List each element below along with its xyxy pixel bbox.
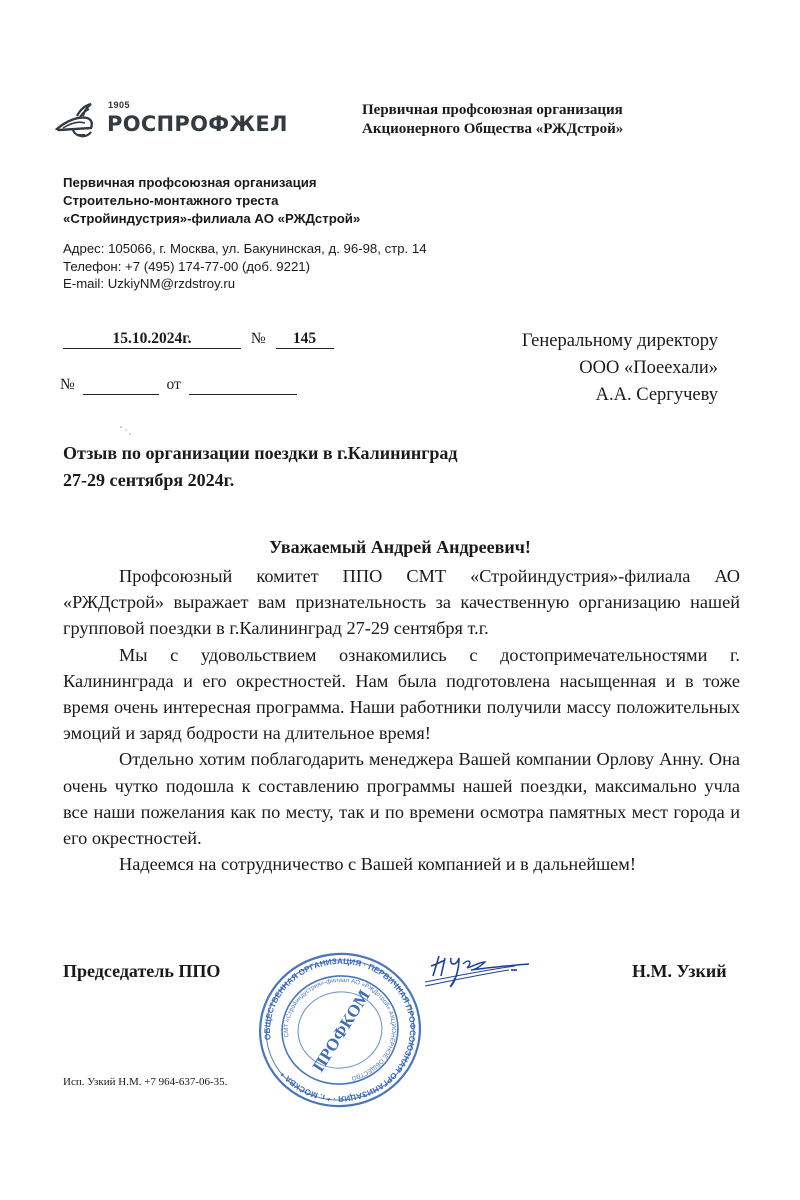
railway-union-emblem-icon	[55, 102, 103, 144]
sender-email: E-mail: UzkiyNM@rzdstroy.ru	[63, 275, 427, 293]
ref-number-label: №	[60, 376, 75, 393]
body-paragraph: Мы с удовольствием ознакомились с достоп…	[63, 642, 740, 747]
signatory-name: Н.М. Узкий	[632, 961, 727, 982]
letter-subject: Отзыв по организации поездки в г.Калинин…	[63, 440, 458, 494]
ref-number-blank	[83, 376, 159, 395]
letter-body: Профсоюзный комитет ППО СМТ «Стройиндуст…	[63, 563, 740, 877]
sender-organization: Первичная профсоюзная организация Строит…	[63, 174, 360, 228]
sender-phone: Телефон: +7 (495) 174-77-00 (доб. 9221)	[63, 258, 427, 276]
header-organization: Первичная профсоюзная организация Акцион…	[362, 101, 623, 139]
subject-line: Отзыв по организации поездки в г.Калинин…	[63, 440, 458, 467]
number-label: №	[251, 330, 266, 347]
official-stamp-icon: ОБЩЕСТВЕННАЯ ОРГАНИЗАЦИЯ · ПЕРВИЧНАЯ ПРО…	[255, 945, 425, 1115]
sender-contacts: Адрес: 105066, г. Москва, ул. Бакунинска…	[63, 240, 427, 293]
handwritten-signature-icon	[425, 948, 535, 996]
body-paragraph: Отдельно хотим поблагодарить менеджера В…	[63, 746, 740, 851]
stamp-center-text: ПРОФКОМ	[309, 986, 374, 1075]
sender-address: Адрес: 105066, г. Москва, ул. Бакунинска…	[63, 240, 427, 258]
letter-date: 15.10.2024г.	[63, 330, 241, 349]
logo-year: 1905	[108, 100, 130, 110]
letter-number: 145	[276, 330, 334, 349]
reference-line: № от	[60, 376, 297, 395]
sender-line: Первичная профсоюзная организация	[63, 174, 360, 192]
header-org-line: Акционерного Общества «РЖДстрой»	[362, 120, 623, 139]
executor-info: Исп. Узкий Н.М. +7 964-637-06-35.	[63, 1076, 227, 1088]
greeting: Уважаемый Андрей Андреевич!	[0, 537, 800, 558]
registration-line: 15.10.2024г. № 145	[63, 330, 334, 349]
logo-name: РОСПРОФЖЕЛ	[107, 112, 288, 136]
header-org-line: Первичная профсоюзная организация	[362, 101, 623, 120]
ref-date-blank	[189, 376, 297, 395]
rosprofzhel-logo: 1905 РОСПРОФЖЕЛ	[55, 100, 285, 144]
body-paragraph: Профсоюзный комитет ППО СМТ «Стройиндуст…	[63, 563, 740, 642]
addressee: Генеральному директору ООО «Поеехали» А.…	[522, 328, 718, 409]
ref-from-label: от	[167, 376, 181, 393]
addressee-company: ООО «Поеехали»	[522, 355, 718, 382]
addressee-name: А.А. Сергучеву	[522, 382, 718, 409]
subject-line: 27-29 сентября 2024г.	[63, 467, 458, 494]
sender-line: «Стройиндустрия»-филиала АО «РЖДстрой»	[63, 210, 360, 228]
body-paragraph: Надеемся на сотрудничество с Вашей компа…	[63, 851, 740, 877]
signatory-position: Председатель ППО	[63, 961, 220, 982]
addressee-position: Генеральному директору	[522, 328, 718, 355]
sender-line: Строительно-монтажного треста	[63, 192, 360, 210]
